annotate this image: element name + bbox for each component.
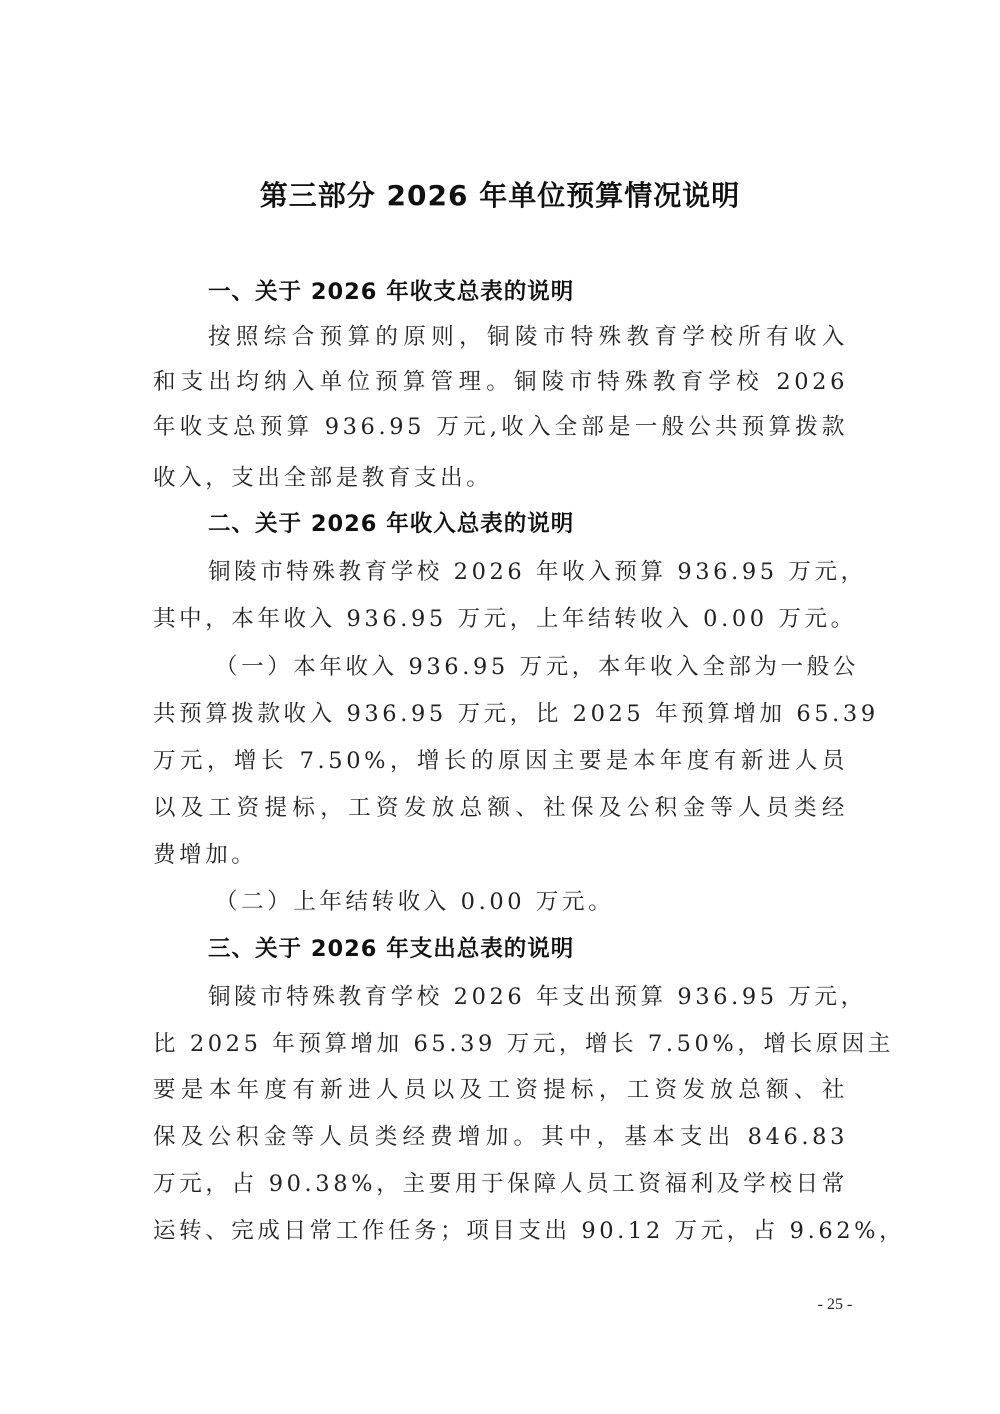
page-title: 第三部分 2026 年单位预算情况说明	[0, 172, 1000, 220]
section-heading-1: 一、关于 2026 年收支总表的说明	[208, 270, 574, 314]
paragraph-line: 收入，支出全部是教育支出。	[153, 456, 848, 500]
paragraph-line: 比 2025 年预算增加 65.39 万元，增长 7.50%，增长原因主	[153, 1022, 848, 1066]
paragraph-line: 铜陵市特殊教育学校 2026 年收入预算 936.95 万元，	[208, 550, 848, 594]
page-number: - 25 -	[800, 1296, 870, 1314]
paragraph-line: 铜陵市特殊教育学校 2026 年支出预算 936.95 万元，	[208, 975, 848, 1019]
paragraph-line: 费增加。	[153, 833, 848, 877]
paragraph-line: 年收支总预算 936.95 万元,收入全部是一般公共预算拨款	[153, 405, 848, 449]
paragraph-line: 以及工资提标，工资发放总额、社保及公积金等人员类经	[153, 786, 848, 830]
paragraph-line: 运转、完成日常工作任务；项目支出 90.12 万元，占 9.62%，	[153, 1209, 848, 1253]
section-heading-3: 三、关于 2026 年支出总表的说明	[208, 927, 574, 971]
paragraph-line: 其中，本年收入 936.95 万元，上年结转收入 0.00 万元。	[153, 597, 848, 641]
paragraph-line: 要是本年度有新进人员以及工资提标，工资发放总额、社	[153, 1068, 848, 1112]
paragraph-line: 万元，占 90.38%，主要用于保障人员工资福利及学校日常	[153, 1162, 848, 1206]
paragraph-line: 按照综合预算的原则，铜陵市特殊教育学校所有收入	[208, 315, 848, 359]
paragraph-line: 共预算拨款收入 936.95 万元，比 2025 年预算增加 65.39	[153, 692, 848, 736]
document-page: 第三部分 2026 年单位预算情况说明 一、关于 2026 年收支总表的说明 按…	[0, 0, 1000, 1414]
paragraph-line: 保及公积金等人员类经费增加。其中，基本支出 846.83	[153, 1115, 848, 1159]
section-heading-2: 二、关于 2026 年收入总表的说明	[208, 502, 574, 546]
paragraph-line: （一）本年收入 936.95 万元，本年收入全部为一般公	[215, 645, 848, 689]
paragraph-line: 和支出均纳入单位预算管理。铜陵市特殊教育学校 2026	[153, 360, 848, 404]
paragraph-line: （二）上年结转收入 0.00 万元。	[215, 880, 848, 924]
paragraph-line: 万元，增长 7.50%，增长的原因主要是本年度有新进人员	[153, 739, 848, 783]
